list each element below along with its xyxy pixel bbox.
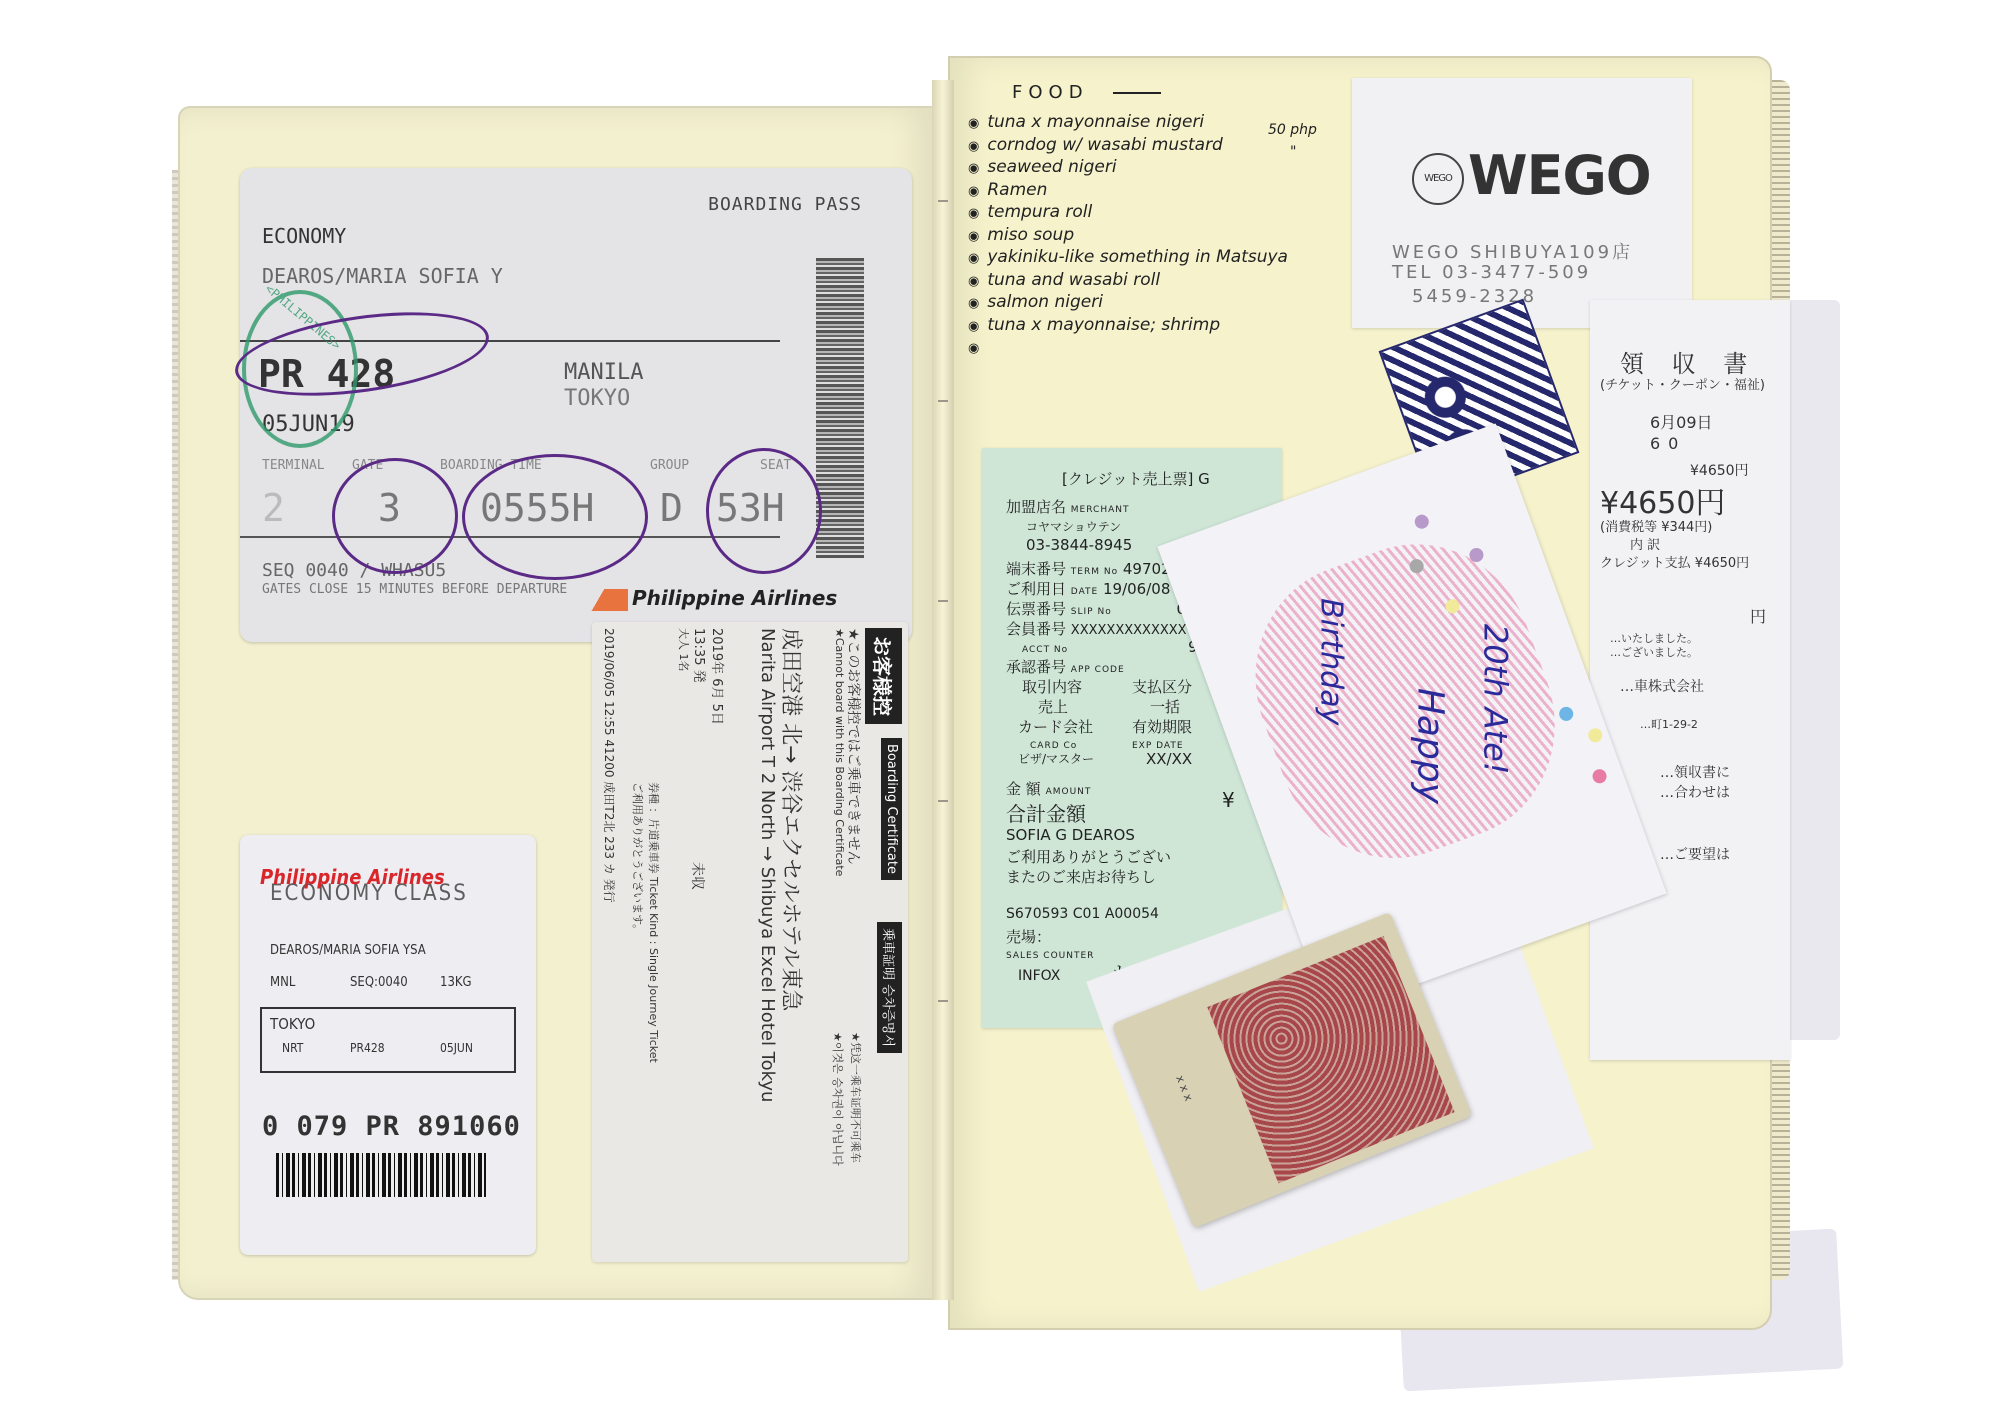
tag-date: 05JUN [440, 1041, 473, 1055]
passenger-name: DEAROS/MARIA SOFIA Y [262, 264, 503, 288]
receipt-message: …ございました。 [1610, 644, 1698, 660]
amount-label-en: AMOUNT [1046, 787, 1092, 797]
barcode [816, 258, 864, 558]
dot-decoration [1413, 513, 1431, 531]
terminal-label: TERMINAL [262, 458, 325, 473]
food-item: tempura roll [968, 201, 1388, 224]
tag-barcode [276, 1153, 486, 1197]
certificate-note-cn: ★凭这一乘车证明不可乘车 [848, 1032, 864, 1163]
counter-label-en: SALES COUNTER [1006, 944, 1094, 962]
crayon-scribble [1222, 512, 1588, 890]
receipt-address: …町1-29-2 [1640, 716, 1698, 732]
stitch [938, 1000, 948, 1002]
food-list: FOOD tuna x mayonnaise nigericorndog w/ … [968, 82, 1388, 359]
food-item: tuna x mayonnaise; shrimp [968, 314, 1388, 337]
group-value: D [660, 486, 683, 530]
amount-row: 金 額 AMOUNT [1006, 778, 1091, 799]
slip-footer: INFOX [1018, 968, 1060, 984]
date-row: ご利用日 DATE 19/06/08 15 [1006, 578, 1194, 599]
receipt-notice: …ご要望は [1660, 844, 1730, 864]
food-item: yakiniku-like something in Matsuya [968, 246, 1388, 269]
slip-label-en: SLIP No [1071, 607, 1112, 617]
tag-number: 0 079 PR 891060 [262, 1111, 521, 1142]
ink-circle [462, 454, 648, 580]
date-label: ご利用日 [1006, 580, 1066, 598]
acct-label: 会員番号 [1006, 620, 1066, 638]
receipt-payment: クレジット支払 ¥4650円 [1600, 552, 1749, 571]
issue-info: 2019/06/05 12:55 41200 成田T2北 233 カ 発行 [601, 628, 618, 903]
baggage-claim-tag: ECONOMY CLASS Philippine Airlines DEAROS… [240, 835, 536, 1255]
food-item: corndog w/ wasabi mustard [968, 134, 1388, 157]
customer-name: SOFIA G DEAROS [1006, 826, 1135, 844]
stitch [938, 200, 948, 202]
food-list-title: FOOD [1012, 82, 1388, 103]
food-item: tuna x mayonnaise nigeri [968, 111, 1388, 134]
exp-value: XX/XX [1146, 750, 1192, 768]
receipt: 領 収 書 (チケット・クーポン・福祉) 6月09日 60 ¥4650円 ¥46… [1590, 300, 1790, 1060]
wego-receipt: WEGOWEGO WEGO SHIBUYA109店 TEL 03-3477-50… [1352, 78, 1692, 328]
slip-label: 伝票番号 [1006, 600, 1066, 618]
merchant-label-en: MERCHANT [1071, 505, 1130, 515]
birthday-text: Birthday [1313, 598, 1348, 725]
certificate-note-jp: ★このお客様控ではご乗車できません [844, 628, 864, 865]
acct-label-en: ACCT No97 [1022, 638, 1207, 656]
term-label: 端末番号 [1006, 560, 1066, 578]
wego-logo: WEGOWEGO [1412, 144, 1651, 207]
tag-flight: PR428 [350, 1041, 385, 1055]
ticket-kind: 券種 ：片道乗車券 Ticket Kind : Single Journey T… [646, 782, 662, 1063]
destination-city: TOKYO [564, 386, 630, 411]
cabin-class: ECONOMY [262, 224, 346, 248]
total-label: 合計金額 [1006, 798, 1086, 827]
tag-passenger-name: DEAROS/MARIA SOFIA YSA [270, 943, 426, 958]
tag-airline-logo: Philippine Airlines [260, 865, 445, 889]
tag-weight: 13KG [440, 975, 472, 990]
tag-destination-code: NRT [282, 1041, 303, 1055]
travel-date: 2019年 6月 5日 [709, 628, 728, 725]
receipt-date: 6月09日 [1650, 410, 1713, 433]
food-items: tuna x mayonnaise nigericorndog w/ wasab… [968, 111, 1388, 359]
payment-status: 未収 [688, 862, 708, 890]
card-value: ビザ/マスター [1018, 750, 1094, 767]
certificate-header-sub: 乗車証明 승차증명서 [877, 922, 902, 1053]
food-price: 50 php [1268, 122, 1317, 138]
food-item: Ramen [968, 179, 1388, 202]
food-item: tuna and wasabi roll [968, 269, 1388, 292]
dot-decoration [1586, 726, 1604, 744]
stitch [938, 600, 948, 602]
receipt-number: 60 [1650, 434, 1686, 453]
journal-spine [932, 80, 954, 1300]
total-yen: ¥ [1222, 788, 1235, 812]
txn-value: 売上 [1038, 696, 1068, 717]
slip-row: 伝票番号 SLIP No 00 [1006, 598, 1196, 619]
wego-globe-icon: WEGO [1412, 153, 1464, 205]
date-label-en: DATE [1071, 587, 1098, 597]
route-en: Narita Airport T 2 North → Shibuya Excel… [757, 628, 778, 1102]
receipt-subtotal: ¥4650円 [1690, 460, 1749, 480]
stitch [938, 800, 948, 802]
app-row: 承認番号 APP CODE [1006, 656, 1125, 677]
slip-thanks: またのご来店お待ちし [1006, 866, 1156, 887]
food-price-ditto: " [1290, 144, 1296, 160]
departure-time: 13:35 発 [691, 628, 710, 683]
slip-code: S670593 C01 A00054 [1006, 906, 1159, 922]
food-item [968, 336, 1388, 359]
amount-label: 金 額 [1006, 780, 1041, 798]
app-label: 承認番号 [1006, 658, 1066, 676]
counter-label-en-text: SALES COUNTER [1006, 951, 1094, 961]
receipt-subtitle: (チケット・クーポン・福祉) [1600, 374, 1765, 393]
receipt-tax: (消費税等 ¥344円) [1600, 516, 1712, 535]
receipt-company: …車株式会社 [1620, 676, 1704, 696]
merchant-phone: 03-3844-8945 [1026, 536, 1132, 554]
group-label: GROUP [650, 458, 689, 473]
receipt-yen: 円 [1750, 604, 1766, 627]
birthday-text: 20th Ate! [1476, 624, 1514, 775]
receipt-breakdown: 内 訳 [1630, 534, 1660, 553]
food-item: miso soup [968, 224, 1388, 247]
wego-store: WEGO SHIBUYA109店 [1392, 238, 1633, 264]
airline-name: Philippine Airlines [632, 586, 837, 610]
route-jp: 成田空港 北→ 渋谷エクセルホテル東急 [777, 628, 808, 1011]
pay-label: 支払区分 [1132, 676, 1192, 697]
airline-flag-icon [580, 589, 628, 611]
boarding-pass-title: BOARDING PASS [708, 194, 862, 215]
food-item: seaweed nigeri [968, 156, 1388, 179]
dot-decoration [1557, 705, 1575, 723]
stub-marking: ⅹ ⅹ ⅹ [1173, 1073, 1195, 1102]
wego-brand: WEGO [1468, 144, 1651, 207]
wego-tel: TEL 03-3477-509 [1392, 262, 1591, 283]
tag-destination-city: TOKYO [270, 1015, 315, 1033]
receipt-notice: …合わせは [1660, 782, 1730, 802]
acct-value: XXXXXXXXXXXXX [1071, 623, 1187, 638]
terminal-value: 2 [262, 486, 285, 530]
birthday-text: Happy [1410, 688, 1451, 804]
certificate-note-kr: ★이것은 승차권이 아닙니다 [830, 1032, 846, 1166]
dot-decoration [1591, 767, 1609, 785]
gate-notice: GATES CLOSE 15 MINUTES BEFORE DEPARTURE [262, 582, 567, 597]
passenger-count: 大人 1名 [676, 628, 692, 672]
certificate-header-en: Boarding Certificate [881, 738, 902, 880]
boarding-pass: BOARDING PASS ECONOMY DEAROS/MARIA SOFIA… [240, 168, 912, 642]
slip-title: [クレジット売上票] G [1062, 468, 1210, 489]
merchant-label: 加盟店名 [1006, 498, 1066, 516]
airline-logo: Philippine Airlines [580, 586, 837, 611]
ink-circle [332, 458, 458, 574]
food-item: salmon nigeri [968, 291, 1388, 314]
certificate-note-en: ★Cannot board with this Boarding Certifi… [833, 628, 846, 876]
origin-city: MANILA [564, 360, 643, 385]
acct-label-en-text: ACCT No [1022, 645, 1068, 655]
ink-circle [706, 448, 822, 574]
stitch [938, 400, 948, 402]
tag-origin: MNL [270, 975, 295, 990]
certificate-header: お客様控 [865, 628, 902, 724]
receipt-notice: …領収書に [1660, 762, 1730, 782]
tag-sequence: SEQ:0040 [350, 975, 408, 990]
bus-boarding-certificate: お客様控 Boarding Certificate 乗車証明 승차증명서 ★この… [592, 622, 908, 1262]
merchant-row: 加盟店名 MERCHANT [1006, 496, 1130, 517]
merchant-name: コヤマショウテン [1026, 518, 1121, 535]
pay-value: 一括 [1150, 696, 1180, 717]
thanks-text: ご利用ありがとうございます。 [630, 782, 646, 935]
app-label-en: APP CODE [1071, 665, 1125, 675]
term-label-en: TERM No [1071, 567, 1118, 577]
slip-thanks: ご利用ありがとうござい [1006, 846, 1171, 867]
txn-label: 取引内容 [1022, 676, 1082, 697]
acct-row: 会員番号 XXXXXXXXXXXXX [1006, 618, 1187, 639]
